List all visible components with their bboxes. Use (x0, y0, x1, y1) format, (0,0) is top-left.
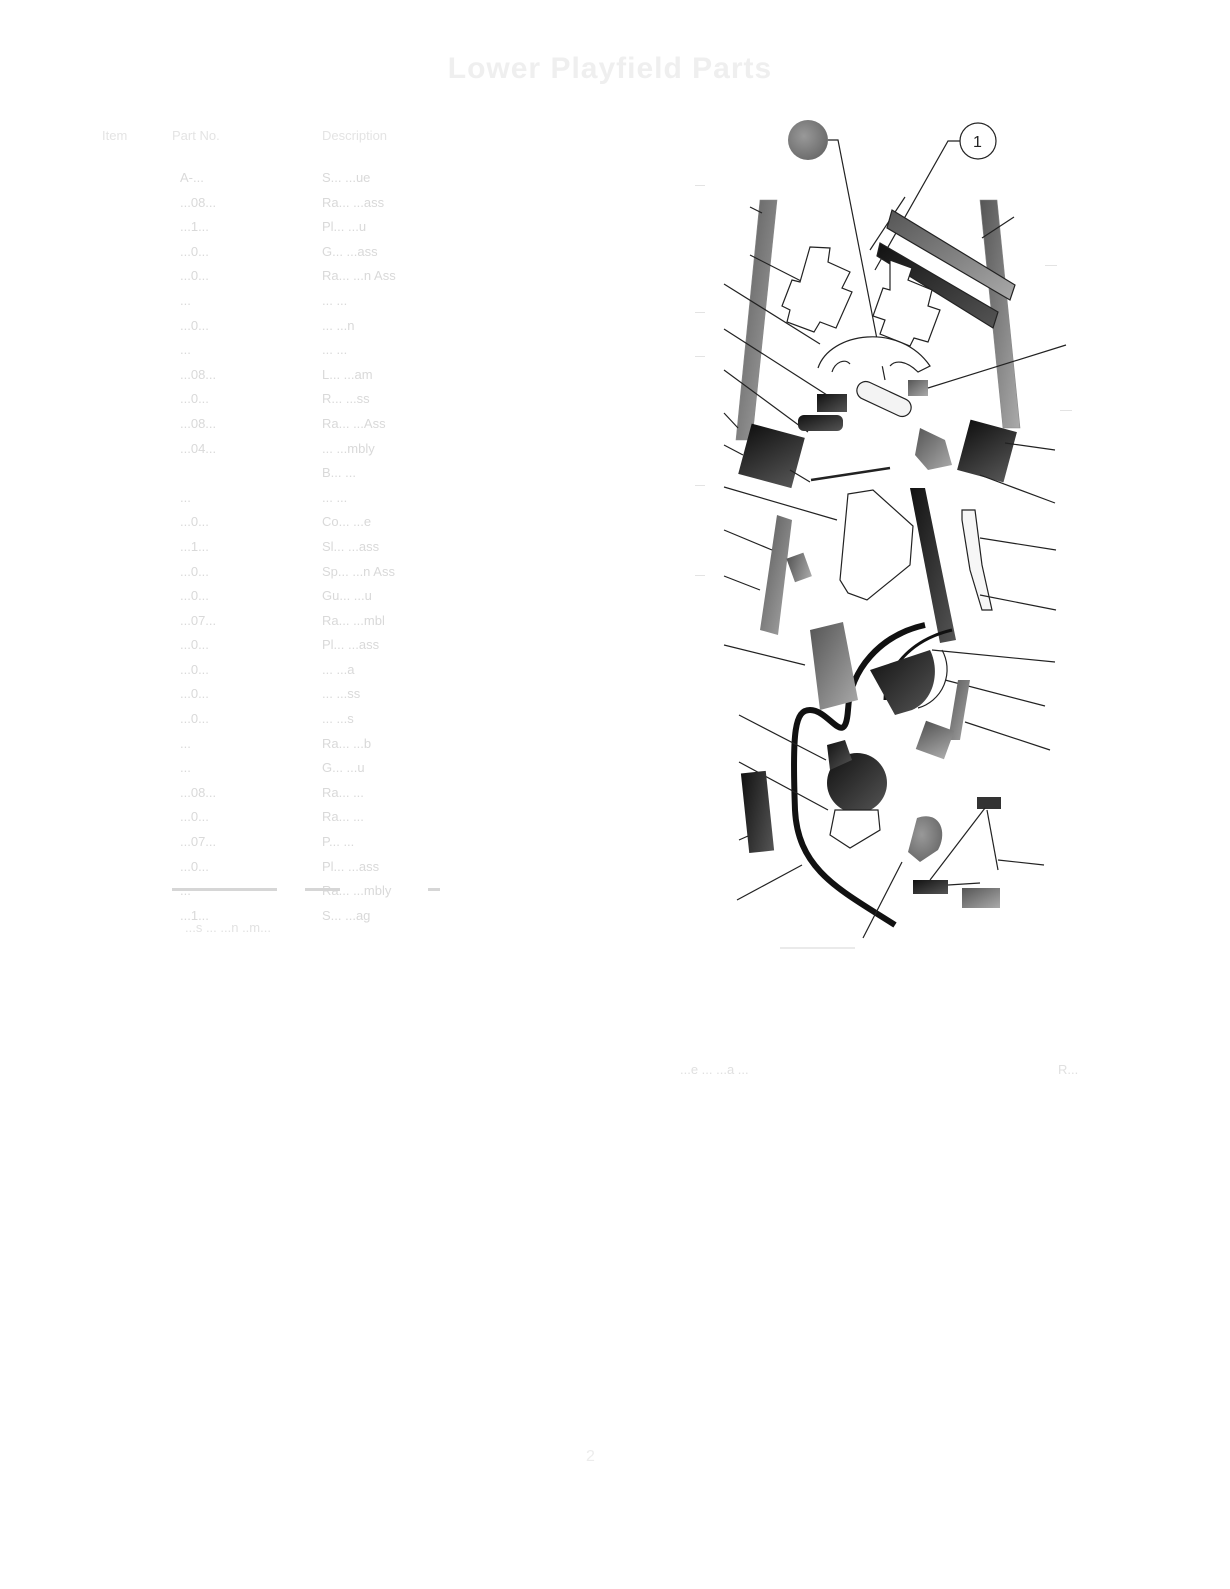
table-row: ...0...... ...n (100, 318, 570, 343)
description-cell: ... ... (322, 342, 347, 357)
description-cell: Ra... ...mbl (322, 613, 385, 628)
exploded-parts-diagram: 1 (680, 110, 1080, 960)
page-number: 2 (586, 1448, 595, 1466)
part-number-cell: ...0... (180, 391, 209, 406)
description-cell: ... ...mbly (322, 441, 375, 456)
part-number-cell: A-... (180, 170, 204, 185)
table-row: ...0...... ...s (100, 711, 570, 736)
part-number-cell: ...0... (180, 662, 209, 677)
part-number-cell: ...07... (180, 834, 216, 849)
description-cell: ... ... (322, 490, 347, 505)
part-number-cell: ... (180, 342, 191, 357)
part-number-cell: ... (180, 490, 191, 505)
table-row: ...G... ...u (100, 760, 570, 785)
part-number-cell: ... (180, 760, 191, 775)
table-row: ...08...Ra... ...ass (100, 195, 570, 220)
table-row: ...... ... (100, 342, 570, 367)
table-row: B... ... (100, 465, 570, 490)
part-number-cell: ...1... (180, 219, 209, 234)
footnote: ...s ... ...n ..m... (185, 920, 271, 935)
part-number-cell: ...0... (180, 711, 209, 726)
table-row: ...1...S... ...ag (100, 908, 570, 933)
description-cell: ... ... (322, 293, 347, 308)
callout-number: 1 (973, 134, 982, 151)
part-number-cell: ...0... (180, 588, 209, 603)
table-divider (305, 888, 340, 891)
description-cell: Ra... ...n Ass (322, 268, 396, 283)
table-row: ...0...Sp... ...n Ass (100, 564, 570, 589)
table-row: ...0...Ra... ... (100, 809, 570, 834)
table-row: ...... ... (100, 490, 570, 515)
table-divider (428, 888, 440, 891)
description-cell: Sp... ...n Ass (322, 564, 395, 579)
pinball-part (788, 120, 828, 160)
part-number-cell: ...04... (180, 441, 216, 456)
part-number-cell: ...0... (180, 686, 209, 701)
table-row: ...08...Ra... ... (100, 785, 570, 810)
description-cell: S... ...ag (322, 908, 370, 923)
table-row: ...0...G... ...ass (100, 244, 570, 269)
part-number-cell: ...08... (180, 785, 216, 800)
description-cell: Pl... ...ass (322, 859, 379, 874)
table-row: ...0...... ...a (100, 662, 570, 687)
description-cell: Ra... ...b (322, 736, 371, 751)
table-row: ...0...Gu... ...u (100, 588, 570, 613)
figure-caption-right: R... (1058, 1062, 1078, 1077)
description-cell: Ra... ... (322, 809, 364, 824)
table-row: ...0...Pl... ...ass (100, 637, 570, 662)
part-number-cell: ...08... (180, 367, 216, 382)
table-row: ...... ... (100, 293, 570, 318)
part-number-cell: ...0... (180, 244, 209, 259)
description-cell: G... ...ass (322, 244, 378, 259)
description-cell: Ra... ...ass (322, 195, 384, 210)
figure-caption-left: ...e ... ...a ... (680, 1062, 749, 1077)
table-row: ...Ra... ...b (100, 736, 570, 761)
table-row: A-...S... ...ue (100, 170, 570, 195)
description-cell: Ra... ... (322, 785, 364, 800)
part-number-cell: ...0... (180, 637, 209, 652)
part-number-cell: ...1... (180, 539, 209, 554)
description-cell: ... ...ss (322, 686, 360, 701)
column-header-part-no: Part No. (172, 128, 220, 143)
table-row: ...07...Ra... ...mbl (100, 613, 570, 638)
description-cell: S... ...ue (322, 170, 370, 185)
table-row: ...0...R... ...ss (100, 391, 570, 416)
description-cell: B... ... (322, 465, 356, 480)
part-number-cell: ...0... (180, 514, 209, 529)
table-row: ...04...... ...mbly (100, 441, 570, 466)
description-cell: Sl... ...ass (322, 539, 379, 554)
table-row: ...0...Pl... ...ass (100, 859, 570, 884)
description-cell: Pl... ...ass (322, 637, 379, 652)
part-number-cell: ...08... (180, 416, 216, 431)
part-number-cell: ...07... (180, 613, 216, 628)
description-cell: L... ...am (322, 367, 373, 382)
table-row: ...1...Sl... ...ass (100, 539, 570, 564)
table-divider (172, 888, 277, 891)
column-header-item: Item (102, 128, 127, 143)
part-number-cell: ...0... (180, 859, 209, 874)
part-number-cell: ...0... (180, 268, 209, 283)
table-row: ...1...Pl... ...u (100, 219, 570, 244)
part-number-cell: ...0... (180, 318, 209, 333)
table-row: ...0...... ...ss (100, 686, 570, 711)
description-cell: ... ...s (322, 711, 354, 726)
description-cell: Ra... ...Ass (322, 416, 386, 431)
parts-table: A-...S... ...ue...08...Ra... ...ass...1.… (100, 170, 570, 932)
table-row: ...08...Ra... ...Ass (100, 416, 570, 441)
part-number-cell: ...0... (180, 809, 209, 824)
part-number-cell: ...08... (180, 195, 216, 210)
description-cell: R... ...ss (322, 391, 370, 406)
page-title: Lower Playfield Parts (440, 52, 780, 86)
table-row: ...08...L... ...am (100, 367, 570, 392)
part-number-cell: ... (180, 293, 191, 308)
table-row: ...07...P... ... (100, 834, 570, 859)
column-header-description: Description (322, 128, 387, 143)
description-cell: Pl... ...u (322, 219, 366, 234)
description-cell: ... ...n (322, 318, 355, 333)
description-cell: Co... ...e (322, 514, 371, 529)
description-cell: G... ...u (322, 760, 365, 775)
description-cell: ... ...a (322, 662, 355, 677)
table-row: ...Ra... ...mbly (100, 883, 570, 908)
description-cell: Gu... ...u (322, 588, 372, 603)
part-number-cell: ... (180, 736, 191, 751)
description-cell: P... ... (322, 834, 354, 849)
table-row: ...0...Ra... ...n Ass (100, 268, 570, 293)
part-number-cell: ...0... (180, 564, 209, 579)
table-row: ...0...Co... ...e (100, 514, 570, 539)
